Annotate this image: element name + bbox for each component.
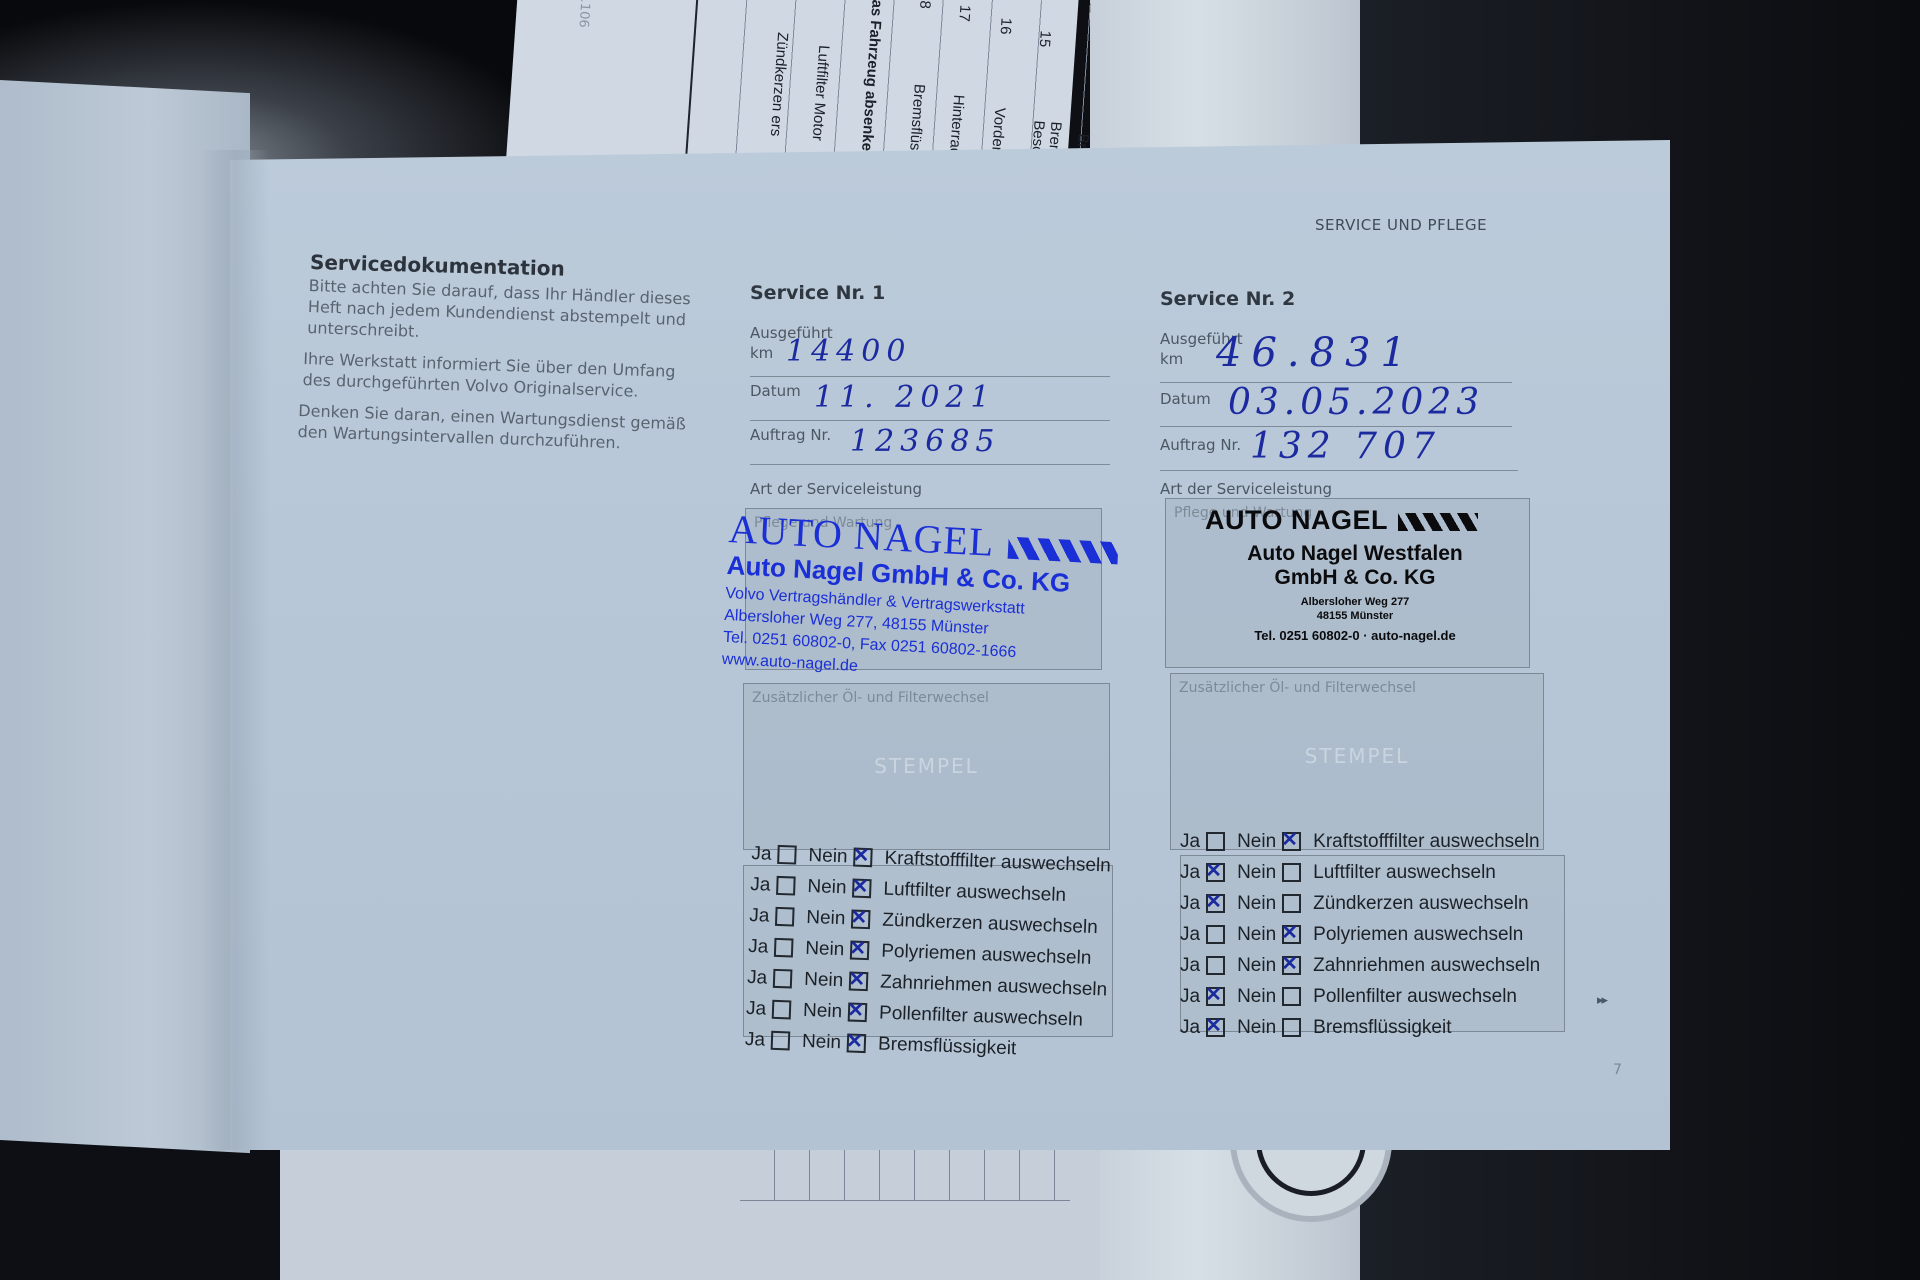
date-row: Datum 03.05.2023: [1160, 384, 1512, 427]
no-label: Nein: [804, 968, 844, 991]
checklist-item-label: Bremsflüssigkeit: [1313, 1017, 1451, 1039]
no-label: Nein: [1237, 893, 1276, 915]
checklist-row: JaNeinKraftstofffilter auswechseln: [1180, 826, 1540, 857]
checklist-item-label: Zahnriehmen auswechseln: [880, 971, 1108, 1001]
km-value: 46.831: [1216, 330, 1416, 376]
dealer-logo-icon: [1007, 536, 1118, 564]
yes-checkbox[interactable]: [1206, 956, 1225, 975]
no-checkbox[interactable]: [851, 910, 871, 930]
yes-checkbox[interactable]: [1206, 894, 1225, 913]
checklist-row: JaNeinZahnriehmen auswechseln: [1180, 950, 1540, 981]
yes-label: Ja: [745, 1028, 766, 1051]
service-checklist-1: JaNeinKraftstofffilter auswechselnJaNein…: [744, 838, 1112, 1067]
no-label: Nein: [802, 1030, 842, 1053]
checklist-item-label: Pollenfilter auswechseln: [1313, 986, 1517, 1008]
yes-label: Ja: [1180, 862, 1200, 884]
continue-arrow-icon: ▸▸: [1597, 993, 1606, 1008]
yes-checkbox[interactable]: [1206, 863, 1225, 882]
no-label: Nein: [806, 906, 846, 929]
yes-label: Ja: [747, 966, 768, 989]
yes-checkbox[interactable]: [772, 1000, 792, 1020]
yes-label: Ja: [1180, 831, 1200, 853]
no-checkbox[interactable]: [847, 1033, 867, 1053]
no-label: Nein: [1237, 862, 1276, 884]
date-value: 03.05.2023: [1228, 382, 1484, 423]
km-row: Ausgeführt km 46.831: [1160, 326, 1512, 383]
checklist-item-label: Luftfilter auswechseln: [1313, 862, 1496, 884]
yes-label: Ja: [1180, 1017, 1200, 1039]
no-label: Nein: [1237, 986, 1276, 1008]
yes-checkbox[interactable]: [771, 1031, 791, 1051]
km-row: Ausgeführt km 14400: [750, 320, 1110, 377]
yes-label: Ja: [749, 904, 770, 927]
checklist-row: JaNeinZündkerzen auswechseln: [1180, 888, 1540, 919]
no-checkbox[interactable]: [849, 971, 869, 991]
dealer-stamp-2: AUTO NAGEL Auto Nagel Westfalen GmbH & C…: [1205, 505, 1505, 643]
oil-filter-stamp-box-1: Zusätzlicher Öl- und Filterwechsel STEMP…: [743, 683, 1110, 850]
km-value: 14400: [786, 334, 911, 369]
checklist-item-label: Bremsflüssigkeit: [878, 1033, 1017, 1060]
yes-checkbox[interactable]: [1206, 1018, 1225, 1037]
dealer-stamp-1: AUTO NAGEL Auto Nagel GmbH & Co. KG Volv…: [721, 505, 1119, 689]
no-label: Nein: [1237, 955, 1276, 977]
service-title: Service Nr. 2: [1160, 288, 1520, 310]
no-checkbox[interactable]: [853, 848, 873, 868]
yes-label: Ja: [1180, 986, 1200, 1008]
no-label: Nein: [808, 844, 848, 867]
yes-checkbox[interactable]: [774, 938, 794, 958]
date-row: Datum 11. 2021: [750, 378, 1110, 421]
yes-checkbox[interactable]: [1206, 987, 1225, 1006]
yes-label: Ja: [1180, 924, 1200, 946]
date-value: 11. 2021: [814, 380, 996, 415]
dealer-logo-icon: [1398, 513, 1478, 531]
no-checkbox[interactable]: [850, 941, 870, 961]
checklist-item-label: Polyriemen auswechseln: [881, 940, 1092, 969]
checklist-row: JaNeinPollenfilter auswechseln: [1180, 981, 1540, 1012]
no-checkbox[interactable]: [852, 879, 872, 899]
checklist-item-label: Pollenfilter auswechseln: [879, 1002, 1083, 1031]
order-number: 132 707: [1250, 426, 1441, 467]
yes-label: Ja: [750, 873, 771, 896]
order-row: Auftrag Nr. 123685: [750, 422, 1110, 465]
oil-filter-stamp-box-2: Zusätzlicher Öl- und Filterwechsel STEMP…: [1170, 673, 1544, 850]
no-label: Nein: [807, 875, 847, 898]
no-label: Nein: [1237, 1017, 1276, 1039]
checklist-item-label: Polyriemen auswechseln: [1313, 924, 1523, 946]
booklet-fold: [200, 150, 270, 1150]
yes-label: Ja: [1180, 955, 1200, 977]
checklist-item-label: Zündkerzen auswechseln: [882, 909, 1098, 939]
yes-checkbox[interactable]: [777, 845, 797, 865]
yes-label: Ja: [751, 842, 772, 865]
yes-label: Ja: [746, 997, 767, 1020]
no-checkbox[interactable]: [1282, 894, 1301, 913]
no-checkbox[interactable]: [1282, 1018, 1301, 1037]
no-label: Nein: [805, 937, 845, 960]
background-bottom-sheet: [280, 1140, 1100, 1280]
service-title: Service Nr. 1: [750, 282, 1110, 304]
page-number: 7: [1613, 1062, 1622, 1078]
checklist-item-label: Zündkerzen auswechseln: [1313, 893, 1528, 915]
section-label: SERVICE UND PFLEGE: [1315, 216, 1487, 234]
order-number: 123685: [850, 424, 1001, 459]
yes-checkbox[interactable]: [773, 969, 793, 989]
yes-checkbox[interactable]: [1206, 925, 1225, 944]
checklist-item-label: Luftfilter auswechseln: [883, 878, 1066, 906]
checklist-item-label: Kraftstofffilter auswechseln: [1313, 831, 1539, 853]
order-row: Auftrag Nr. 132 707: [1160, 428, 1518, 471]
service-checklist-2: JaNeinKraftstofffilter auswechselnJaNein…: [1180, 826, 1540, 1043]
no-checkbox[interactable]: [1282, 863, 1301, 882]
yes-checkbox[interactable]: [776, 876, 796, 896]
checklist-row: JaNeinPolyriemen auswechseln: [1180, 919, 1540, 950]
checklist-row: JaNeinLuftfilter auswechseln: [1180, 857, 1540, 888]
checklist-item-label: Kraftstofffilter auswechseln: [884, 847, 1111, 877]
yes-checkbox[interactable]: [1206, 832, 1225, 851]
no-checkbox[interactable]: [848, 1002, 868, 1022]
service-record-1: Service Nr. 1 Ausgeführt km 14400 Datum …: [750, 282, 1110, 304]
no-checkbox[interactable]: [1282, 925, 1301, 944]
service-type-label: Art der Serviceleistung: [1160, 480, 1332, 498]
yes-checkbox[interactable]: [775, 907, 795, 927]
no-checkbox[interactable]: [1282, 832, 1301, 851]
no-checkbox[interactable]: [1282, 956, 1301, 975]
yes-label: Ja: [1180, 893, 1200, 915]
no-checkbox[interactable]: [1282, 987, 1301, 1006]
service-type-label: Art der Serviceleistung: [750, 480, 922, 498]
checklist-item-label: Zahnriehmen auswechseln: [1313, 955, 1540, 977]
checklist-row: JaNeinBremsflüssigkeit: [1180, 1012, 1540, 1043]
yes-label: Ja: [748, 935, 769, 958]
no-label: Nein: [803, 999, 843, 1022]
no-label: Nein: [1237, 924, 1276, 946]
no-label: Nein: [1237, 831, 1276, 853]
sheet-code: 1106: [575, 0, 592, 28]
service-record-2: Service Nr. 2 Ausgeführt km 46.831 Datum…: [1160, 288, 1520, 310]
